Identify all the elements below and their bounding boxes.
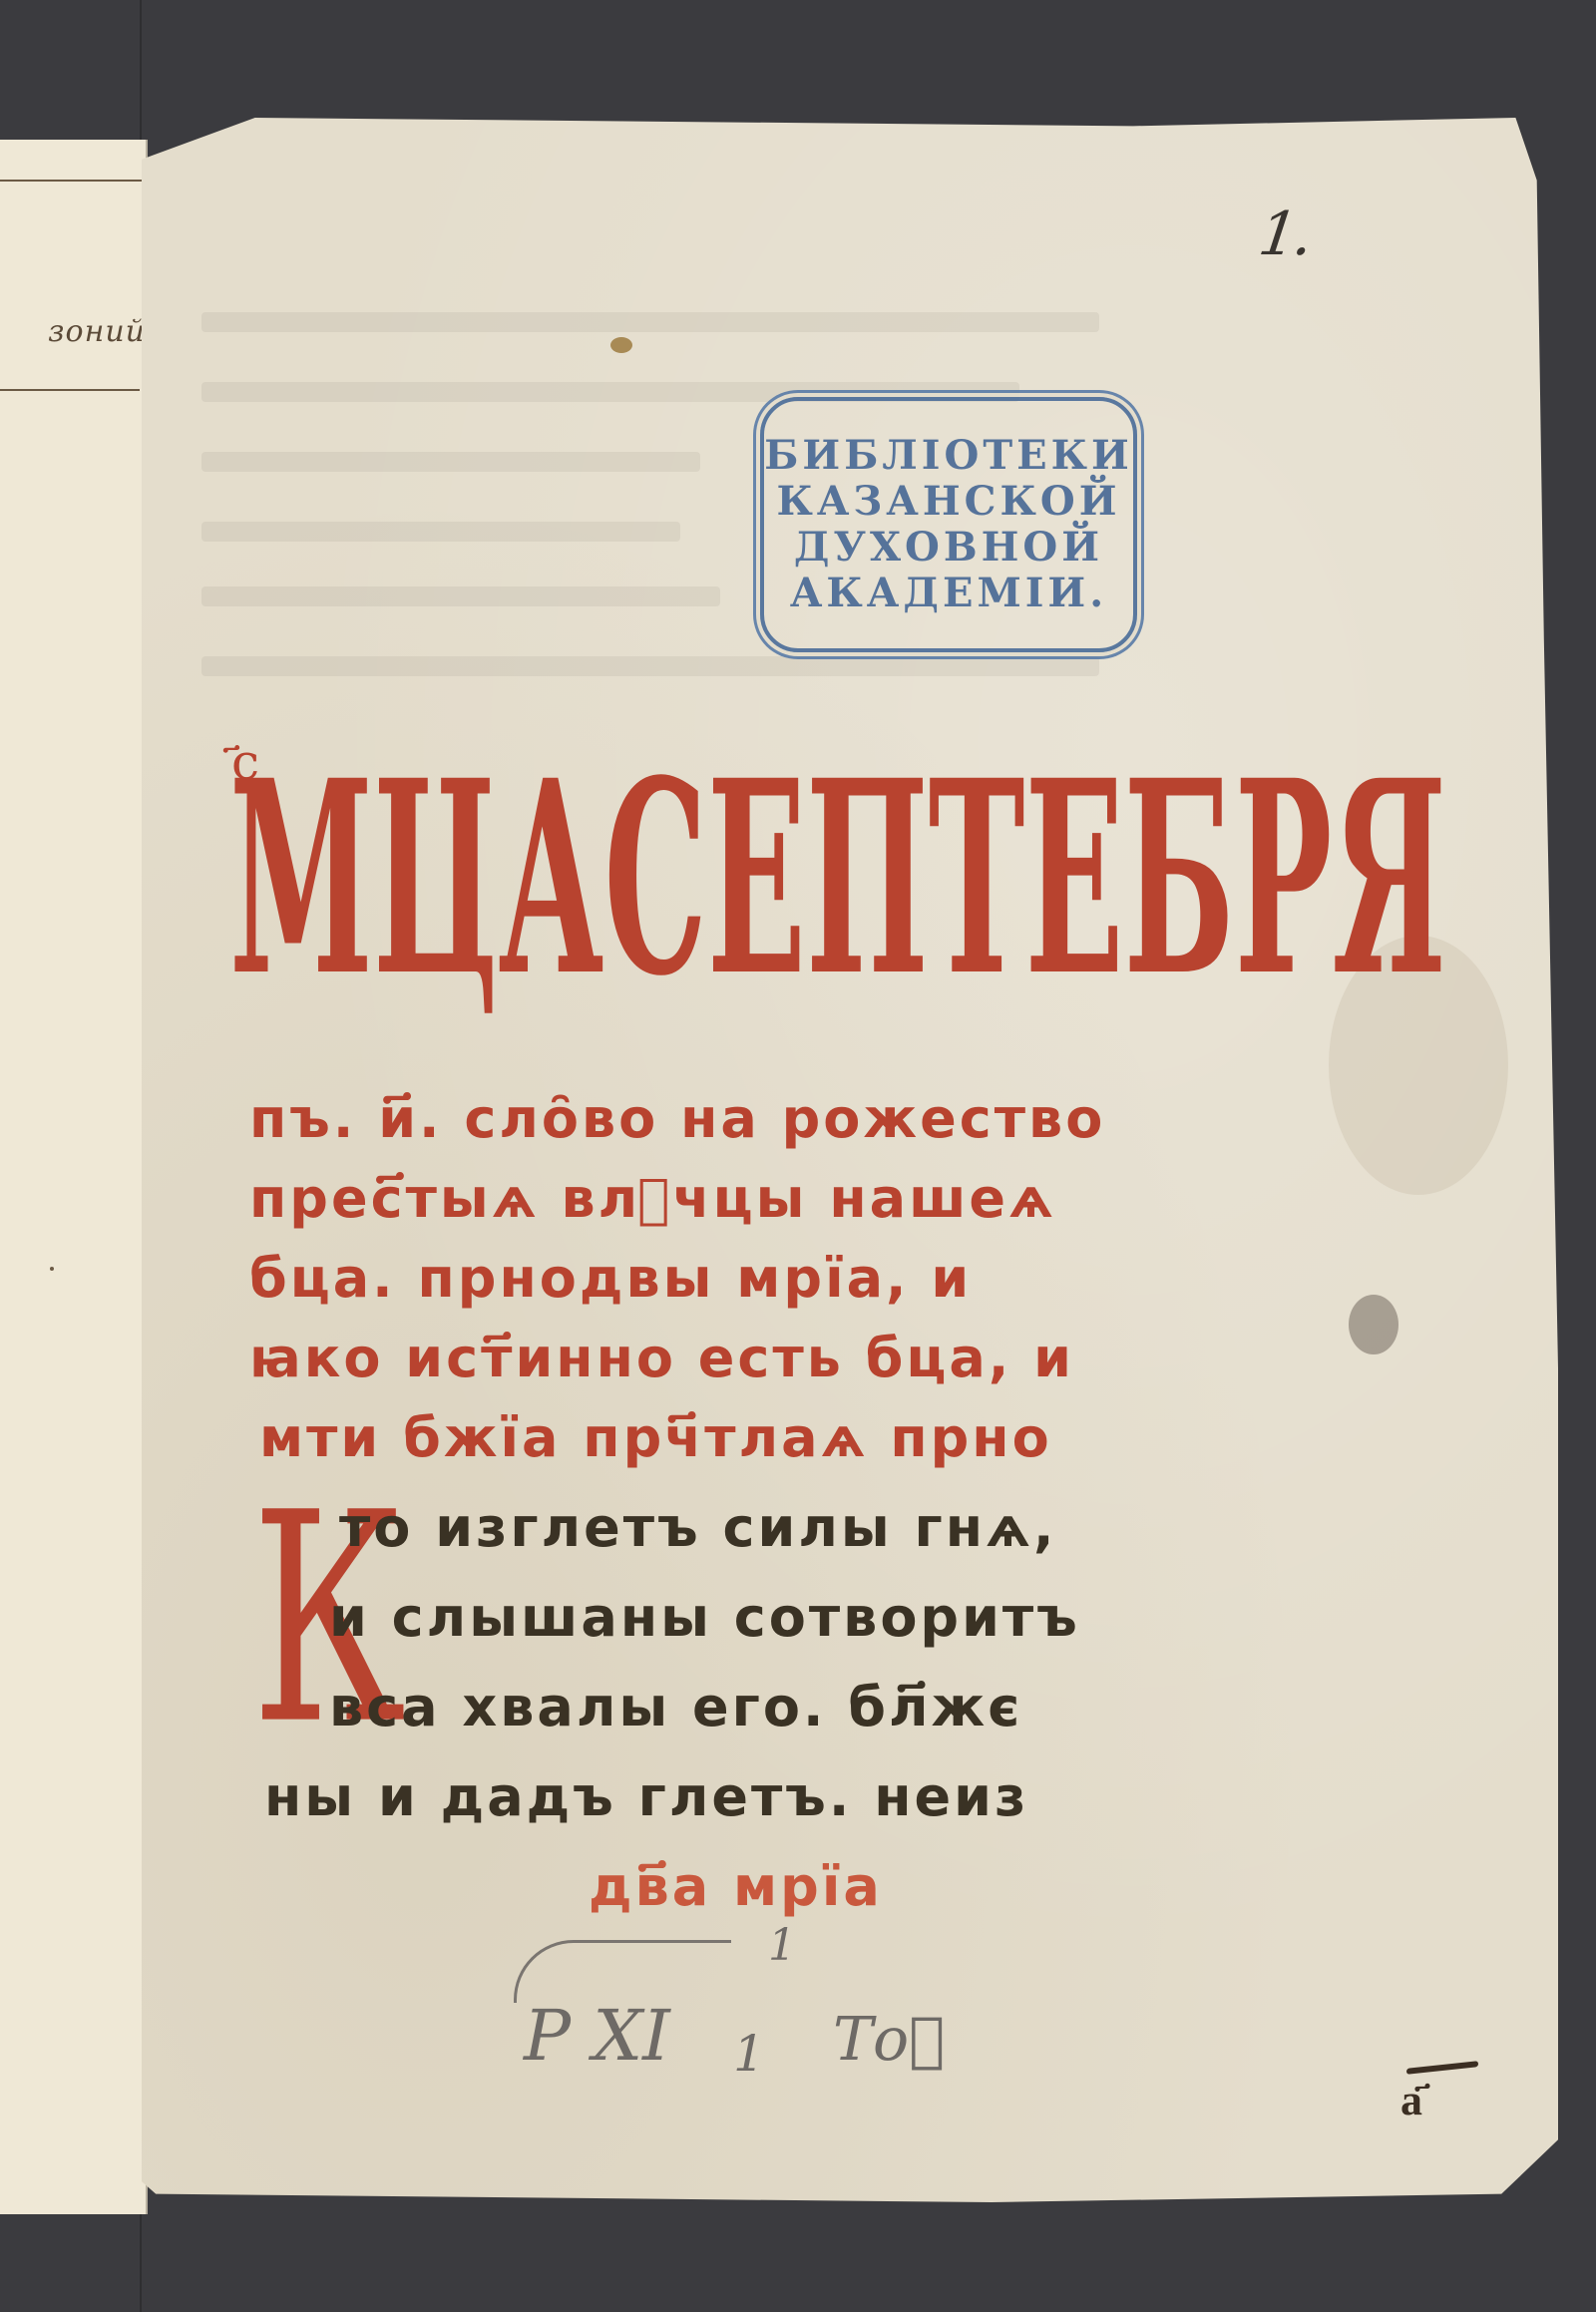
heading-letter: Т [929,747,1025,1013]
strip-rule [0,389,140,391]
stamp-line: ДУХОВНОЙ [794,525,1103,571]
heading-letter: С [603,747,706,1013]
bleed-through [201,656,1099,676]
bleed-through [201,586,720,606]
stain [610,337,632,353]
heading-letter: Ц [373,747,499,1013]
bleed-through [201,452,700,472]
pencil-shelfmark-right: Тоⷣ [833,2005,945,2075]
heading-letter: П [806,747,929,1013]
flyleaf-strip: зоний [0,140,148,2214]
heading-letter: Е [1025,747,1124,1013]
bleed-through [201,522,680,542]
bleed-through [201,312,1099,332]
heading-letter: Я [1332,747,1446,1013]
pencil-shelfmark-left: Р ХІ [524,1995,670,2077]
flyleaf-handwriting: зоний [0,314,146,349]
rubric-line: бца. прнодвы мрїа, и [249,1247,972,1310]
rubric-line: ꙗко ист҃инно есть бца, и [249,1327,1074,1389]
heading-letter: Р [1235,747,1333,1013]
pencil-shelfmark-middle: 1 [733,2025,765,2083]
heading-letter: Б [1124,747,1235,1013]
strip-top-rule [0,180,148,182]
library-stamp: БИБЛІОТЕКИ КАЗАНСКОЙ ДУХОВНОЙ АКАДЕМІИ. [760,397,1137,652]
body-line: вса хвалы его. бл҃жє [329,1676,1022,1738]
stain [1349,1295,1398,1354]
quire-signature: а҃ [1400,2075,1422,2125]
heading-letter: М [229,747,373,1013]
heading-letter: А [499,747,604,1013]
closing-rubric: дв҃а мрїа [589,1855,883,1918]
stamp-line: КАЗАНСКОЙ [776,479,1120,525]
stamp-line: БИБЛІОТЕКИ [764,433,1133,479]
pencil-arc [514,1940,731,2003]
vyaz-heading: М Ц А С Е П Т Е Б Р Я [229,743,1187,1012]
heading-letter: Е [707,747,806,1013]
pencil-number: 1 [768,1920,796,1971]
rubric-line: пъ. и҃. сло̑во на рожество [249,1087,1105,1150]
body-line: ны и дадъ глетъ. неиз [264,1765,1028,1828]
body-line: и слышаны сотворитъ [329,1586,1080,1649]
body-line: то изглетъ силы гнѧ, [339,1496,1056,1559]
ink-dot [50,1267,54,1271]
rubric-line: прес҃тыѧ влⷣчцы нашеѧ [249,1167,1056,1230]
stamp-line: АКАДЕМІИ. [790,571,1107,616]
